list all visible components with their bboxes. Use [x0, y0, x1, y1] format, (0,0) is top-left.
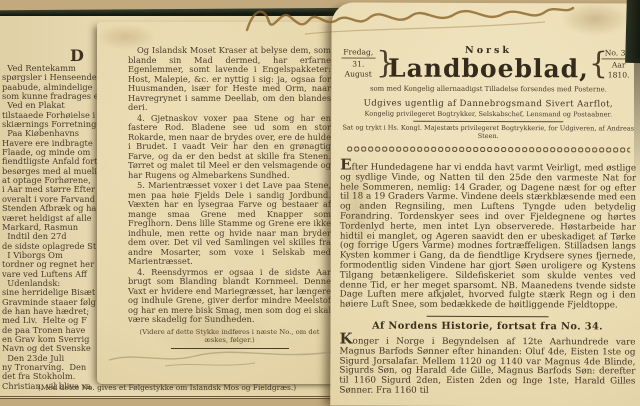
text-line: med Liv. Helte og F — [2, 316, 97, 325]
masthead-subtitle: som med Kongelig allernaadigst Tilladels… — [340, 84, 636, 93]
masthead: Fredag, 31. August } Norsk Landboeblad, … — [340, 44, 636, 82]
masthead-date-divider — [341, 58, 375, 59]
text-line: Og Islandsk Moset Kraser at belyse dem, … — [128, 46, 331, 113]
section-divider-rule — [427, 316, 549, 317]
text-line: Udenlandsk: — [2, 279, 97, 288]
history-paragraph: Konger i Norge i Begyndelsen af 12te Aar… — [339, 334, 635, 397]
masthead-left-brace: } — [376, 48, 388, 78]
text-line: Havere ere indbragte — [2, 139, 97, 148]
text-line: i Aar med større Efter — [2, 185, 97, 194]
ornamental-chain-divider — [346, 146, 630, 154]
text-line: været heldigst af alle — [2, 214, 97, 223]
text-line: Indtil den 27d — [2, 232, 97, 241]
printer-line: Sat og trykt i Hs. Kongl. Majestæts priv… — [340, 123, 636, 140]
masthead-issue-year: Aar 1810. — [601, 61, 637, 80]
supplement-footer: (Med dette No. gives et Følgestykke om I… — [6, 383, 328, 392]
text-line: Den 23de Juli — [2, 354, 97, 363]
masthead-title-block: Norsk Landboeblad, — [388, 45, 589, 83]
text-line: sine herridelige Bisæt — [2, 288, 97, 297]
text-line: at optage Forhørene, — [2, 176, 97, 185]
publisher-titles-line: Kongelig privilegeret Bogtrykker, Selska… — [340, 109, 636, 118]
text-line: Ved en Plakat — [2, 101, 97, 110]
text-line: overalt i vore Farvand — [2, 195, 97, 204]
text-line: 4. Gjetnaskov voxer paa Stene og har en … — [128, 114, 331, 181]
weather-report-paragraph: Efter Hundedagene har vi endda havt varm… — [340, 160, 637, 311]
text-line: tordner og regnet her — [2, 260, 97, 269]
masthead-right-brace: { — [589, 49, 601, 79]
text-line: Stenden Afbræk og ha — [2, 204, 97, 213]
book-cover-right-edge — [625, 0, 640, 63]
publisher-line: Udgives ugentlig af Dannebrogsmand Siver… — [340, 98, 636, 109]
text-line: 4. Reensdyrmos er ogsaa i de sidste Aar … — [128, 268, 331, 325]
right-page: Fredag, 31. August } Norsk Landboeblad, … — [330, 2, 640, 406]
history-section-heading: Af Nordens Historie, fortsat fra No. 34. — [340, 320, 636, 332]
masthead-title-main: Landboeblad, — [388, 56, 589, 83]
left-column-text: Ved Rentekammspørgsler i Henseende tpaab… — [2, 64, 97, 391]
text-line: 5. Marientræsset voxer i det Lave paa St… — [128, 181, 331, 267]
left-column-initial: D — [70, 46, 84, 65]
masthead-date: 31. August — [340, 60, 376, 79]
text-line: de sidste oplagrede St — [2, 242, 97, 251]
masthead-weekday: Fredag, — [341, 47, 377, 57]
page-edge-shadow-right — [634, 58, 640, 188]
text-line: besørges med al muelig — [2, 167, 97, 176]
text-line: spørgsler i Henseende t — [2, 73, 97, 82]
masthead-date-block: Fredag, 31. August — [340, 47, 376, 79]
text-line: skiærnings Forretninger. — [2, 120, 97, 129]
text-line: som kunne fradrages el — [2, 92, 97, 101]
text-line: de han have hædret; — [2, 307, 97, 316]
text-line: Ved Rentekamm — [2, 64, 97, 73]
text-line: fiendtligste Anfald fort — [2, 157, 97, 166]
text-line: de paa Tronen have — [2, 326, 97, 335]
text-line: ny Tronarving. Den — [2, 363, 97, 372]
middle-column-footnote: (Videre af dette Stykke indføres i næste… — [128, 328, 331, 344]
text-line: Paa Kiøbenhavns — [2, 129, 97, 138]
text-line: Gravminde staaer følg — [2, 298, 97, 307]
middle-column-end-rule — [171, 348, 289, 349]
text-line: tilstaaede Forhøielse i — [2, 111, 97, 120]
text-line: en Grav kom Sverrig — [2, 335, 97, 344]
text-line: Flaade, og minde om — [2, 148, 97, 157]
text-line: vare ved Luftens Aff — [2, 270, 97, 279]
right-page-content: Fredag, 31. August } Norsk Landboeblad, … — [330, 2, 640, 397]
middle-column-paragraphs: Og Islandsk Moset Kraser at belyse dem, … — [128, 46, 331, 325]
text-line: Markard, Rasmun — [2, 223, 97, 232]
text-line: paabude, almindelige — [2, 83, 97, 92]
newspaper-scan: D Ved Rentekammspørgsler i Henseende tpa… — [0, 0, 640, 406]
text-line: det fra Stokholm. — [2, 372, 97, 381]
text-line: I Viborgs Om — [2, 251, 97, 260]
masthead-rule — [413, 121, 563, 123]
text-line: Navn og det Svenske — [2, 344, 97, 353]
middle-column-text: Og Islandsk Moset Kraser at belyse dem, … — [128, 46, 331, 349]
